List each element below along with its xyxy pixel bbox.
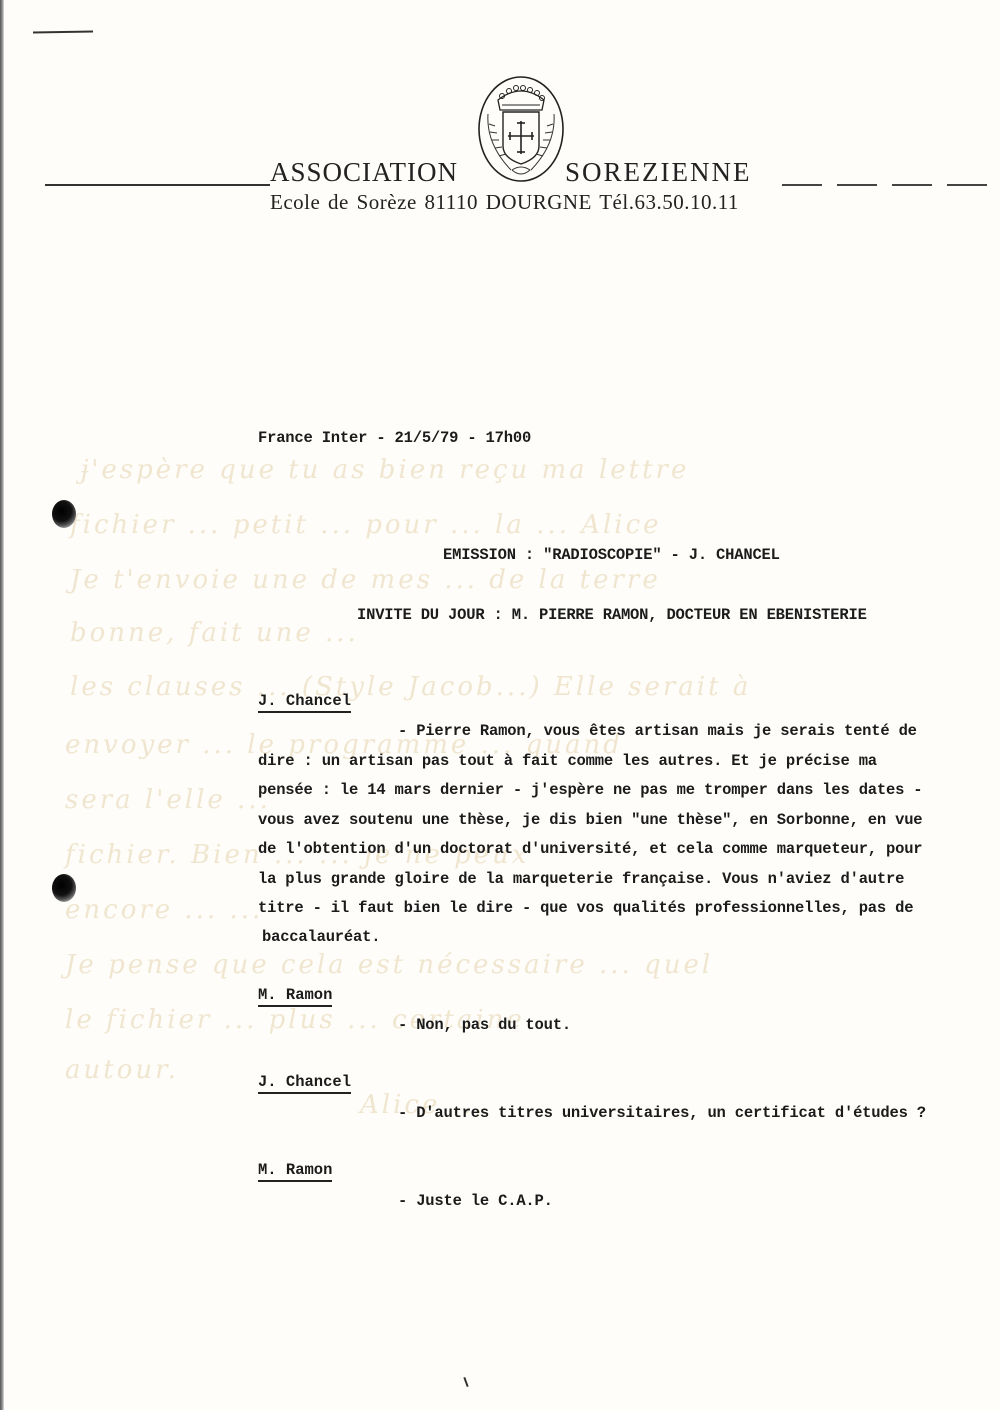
bleed-through-handwriting: fichier ... petit ... pour ... la ... Al… xyxy=(70,510,662,540)
dialogue-line: de l'obtention d'un doctorat d'universit… xyxy=(258,840,922,858)
dialogue-line: la plus grande gloire de la marqueterie … xyxy=(258,870,904,888)
speaker-label: J. Chancel xyxy=(258,1074,351,1094)
bleed-through-handwriting: Je pense que cela est nécessaire ... que… xyxy=(65,950,713,980)
guest-line: INVITE DU JOUR : M. PIERRE RAMON, DOCTEU… xyxy=(357,606,867,624)
emission-title: EMISSION : "RADIOSCOPIE" - J. CHANCEL xyxy=(443,546,780,564)
bleed-through-handwriting: ɉ'espère que tu as bien reçu ma lettre xyxy=(80,455,689,485)
dialogue-line: dire : un artisan pas tout à fait comme … xyxy=(258,752,877,770)
letterhead-rule-left xyxy=(45,184,270,186)
letterhead-org-right: SOREZIENNE xyxy=(565,157,751,188)
letterhead-rule-right xyxy=(782,184,987,186)
bleed-through-handwriting: sera l'elle ... xyxy=(65,785,271,815)
dialogue-line: - Pierre Ramon, vous êtes artisan mais j… xyxy=(398,722,917,740)
dialogue-line: pensée : le 14 mars dernier - j'espère n… xyxy=(258,781,922,799)
dialogue-line: - D'autres titres universitaires, un cer… xyxy=(398,1104,926,1122)
dialogue-line: vous avez soutenu une thèse, je dis bien… xyxy=(258,811,922,829)
dialogue-line: titre - il faut bien le dire - que vos q… xyxy=(258,899,913,917)
letterhead-address: Ecole de Sorèze 81110 DOURGNE Tél.63.50.… xyxy=(270,190,739,215)
bleed-through-handwriting: Je t'envoie une de mes ... de la terre xyxy=(70,565,661,595)
bleed-through-handwriting: encore ... ... xyxy=(65,895,263,925)
bleed-through-handwriting: bonne, fait une ... xyxy=(70,618,359,648)
dialogue-line: - Juste le C.A.P. xyxy=(398,1192,553,1210)
page-edge-shadow xyxy=(0,0,4,1410)
speaker-label: J. Chancel xyxy=(258,693,351,713)
punch-hole xyxy=(52,500,76,528)
punch-hole xyxy=(52,874,76,902)
coat-of-arms-icon xyxy=(476,74,566,184)
speaker-label: M. Ramon xyxy=(258,987,332,1007)
bleed-through-handwriting: les clauses ... (Style Jacob...) Elle se… xyxy=(70,672,751,702)
stray-ink-mark xyxy=(463,1377,468,1387)
dialogue-line: - Non, pas du tout. xyxy=(398,1016,571,1034)
corner-pen-mark xyxy=(33,30,93,33)
document-page: ɉ'espère que tu as bien reçu ma lettre f… xyxy=(0,0,1000,1410)
dialogue-line: baccalauréat. xyxy=(262,928,380,946)
broadcast-line: France Inter - 21/5/79 - 17h00 xyxy=(258,429,531,447)
bleed-through-handwriting: autour. xyxy=(65,1055,179,1085)
speaker-label: M. Ramon xyxy=(258,1162,332,1182)
letterhead-org-left: ASSOCIATION xyxy=(270,157,458,188)
